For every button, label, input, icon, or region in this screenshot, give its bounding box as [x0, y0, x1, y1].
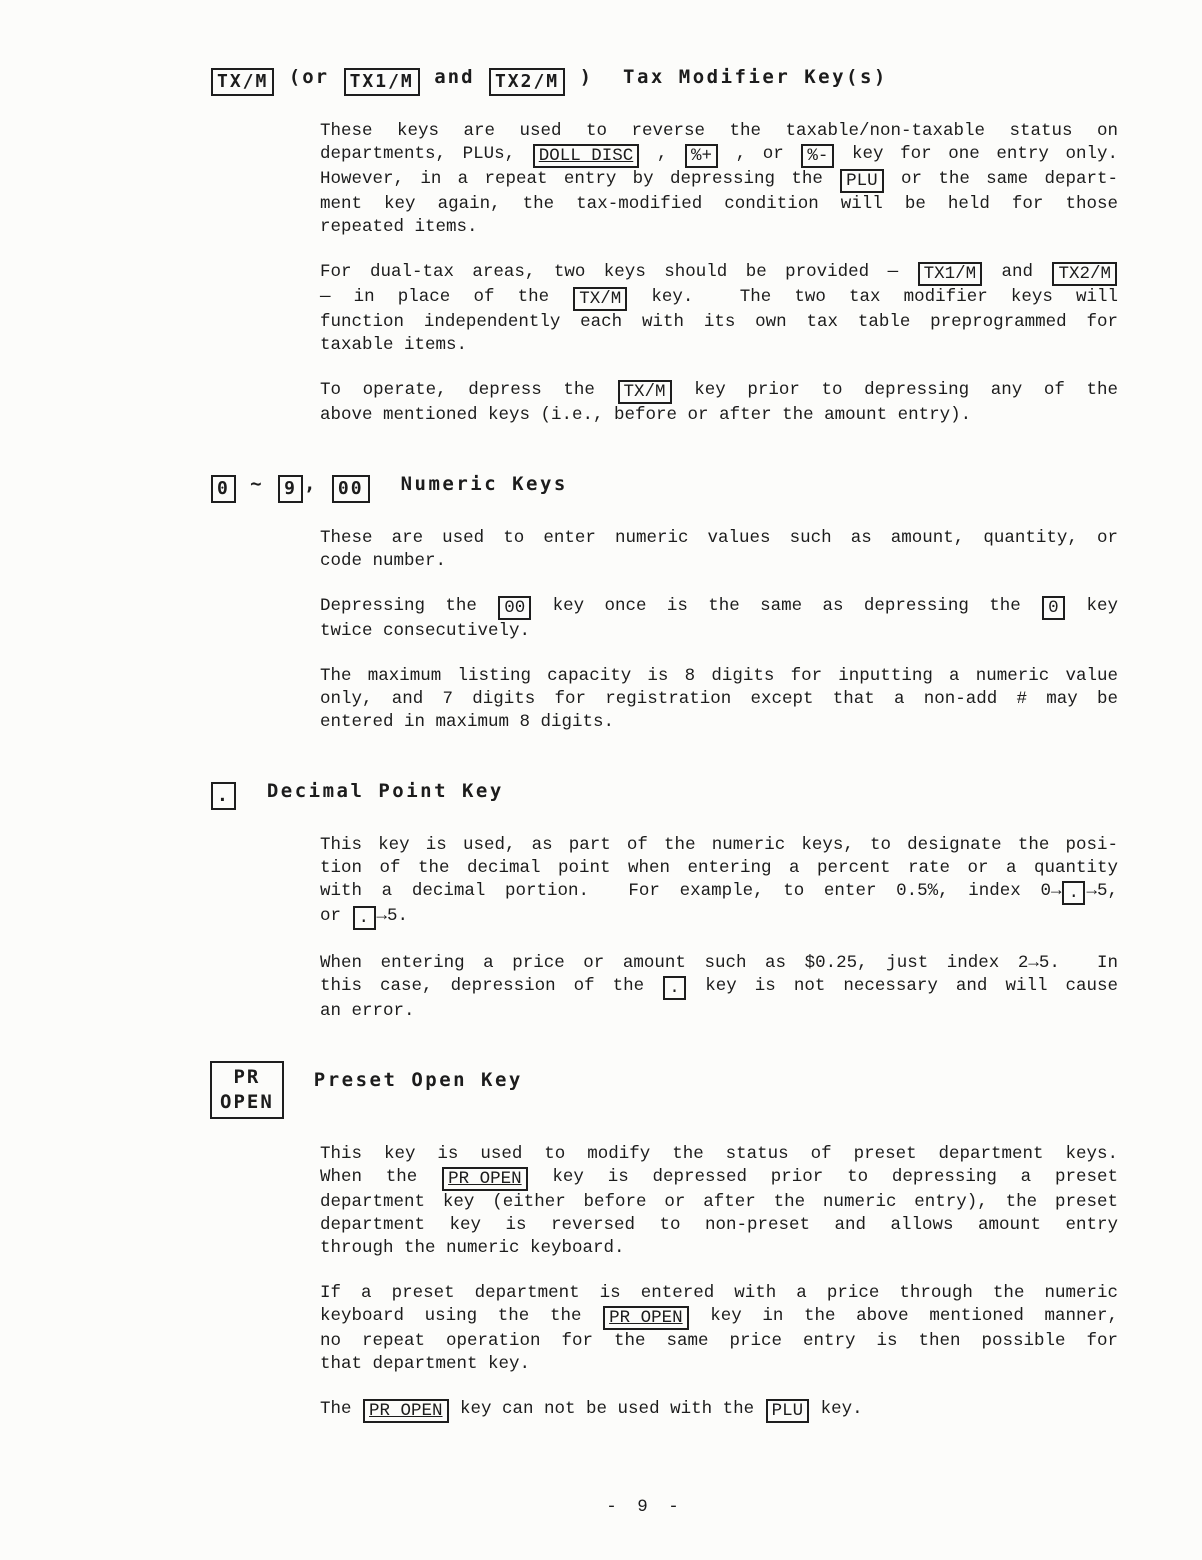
line-text: , or [719, 144, 800, 164]
text-line: This key is used, as part of the numeric… [320, 834, 1118, 857]
key-cap: PR OPEN [442, 1167, 528, 1191]
text-line: When the PR OPEN key is depressed prior … [320, 1166, 1118, 1191]
key-cap: TX/M [573, 287, 627, 311]
line-text: However, in a repeat entry by depressing… [320, 169, 839, 189]
key-cap: TX/M [618, 380, 672, 404]
line-text: tion of the decimal point when entering … [320, 858, 1118, 878]
key-cap: PROPEN [210, 1061, 284, 1119]
line-text: twice consecutively. [320, 621, 530, 641]
section-title: Preset Open Key [314, 1069, 523, 1091]
section-heading: PROPENPreset Open Key [210, 1065, 1202, 1119]
text-line: These keys are used to reverse the taxab… [320, 120, 1118, 143]
key-cap: DOLL DISC [533, 144, 640, 168]
key-cap: 00 [498, 596, 531, 620]
text-line: To operate, depress the TX/M key prior t… [320, 379, 1118, 404]
section-heading: 0 ∼ 9, 00Numeric Keys [210, 469, 1202, 503]
text-line: or .→5. [320, 905, 1118, 930]
paragraph: This key is used, as part of the numeric… [320, 834, 1118, 930]
line-text: To operate, depress the [320, 380, 617, 400]
text-line: with a decimal portion. For example, to … [320, 880, 1118, 905]
text-line: function independently each with its own… [320, 311, 1118, 334]
heading-text: (or [275, 66, 342, 88]
line-text: key prior to depressing any of the [673, 380, 1118, 400]
key-cap: PR OPEN [603, 1306, 689, 1330]
paragraph: The PR OPEN key can not be used with the… [320, 1398, 1118, 1423]
key-cap: 0 [211, 475, 236, 503]
line-text: key is not necessary and will cause [687, 976, 1118, 996]
text-line: However, in a repeat entry by depressing… [320, 168, 1118, 193]
text-line: entered in maximum 8 digits. [320, 711, 1118, 734]
manual-section: 0 ∼ 9, 00Numeric KeysThese are used to e… [210, 469, 1202, 734]
text-line: The PR OPEN key can not be used with the… [320, 1398, 1118, 1423]
paragraph: These keys are used to reverse the taxab… [320, 120, 1118, 239]
line-text: When the [320, 1167, 441, 1187]
line-text: repeated items. [320, 217, 478, 237]
key-cap: 9 [278, 475, 303, 503]
line-text: — in place of the [320, 287, 572, 307]
line-text: key. [810, 1399, 863, 1419]
line-text: only, and 7 digits for registration exce… [320, 689, 1118, 709]
heading-text: , [304, 473, 331, 495]
key-cap: PLU [840, 169, 884, 193]
line-text: an error. [320, 1001, 415, 1021]
key-cap: . [211, 782, 236, 810]
text-line: For dual-tax areas, two keys should be p… [320, 261, 1118, 286]
line-text: key for one entry only. [835, 144, 1118, 164]
section-title: Numeric Keys [401, 473, 568, 495]
line-text: key in the above mentioned manner, [690, 1306, 1118, 1326]
heading-text: and [421, 66, 488, 88]
key-cap: . [1062, 881, 1085, 905]
line-text: key. The two tax modifier keys will [628, 287, 1118, 307]
key-cap: %- [801, 144, 834, 168]
section-heading: .Decimal Point Key [210, 776, 1202, 810]
line-text: These are used to enter numeric values s… [320, 528, 1118, 548]
line-text: →5, [1086, 881, 1118, 901]
key-cap: TX2/M [489, 68, 565, 96]
line-text: departments, PLUs, [320, 144, 532, 164]
paragraph: For dual-tax areas, two keys should be p… [320, 261, 1118, 357]
line-text: The maximum listing capacity is 8 digits… [320, 666, 1118, 686]
key-cap-line: OPEN [220, 1090, 274, 1115]
text-line: above mentioned keys (i.e., before or af… [320, 404, 1118, 427]
key-cap: TX2/M [1052, 262, 1117, 286]
text-line: department key (either before or after t… [320, 1191, 1118, 1214]
section-title: Tax Modifier Key(s) [623, 66, 888, 88]
line-text: and [983, 262, 1051, 282]
text-line: taxable items. [320, 334, 1118, 357]
key-cap: . [353, 906, 376, 930]
key-cap: TX/M [211, 68, 274, 96]
text-line: ment key again, the tax-modified conditi… [320, 193, 1118, 216]
line-text: key can not be used with the [450, 1399, 765, 1419]
line-text: This key is used, as part of the numeric… [320, 835, 1118, 855]
text-line: twice consecutively. [320, 620, 1118, 643]
line-text: through the numeric keyboard. [320, 1238, 625, 1258]
line-text: If a preset department is entered with a… [320, 1283, 1118, 1303]
line-text: For dual-tax areas, two keys should be p… [320, 262, 917, 282]
text-line: repeated items. [320, 216, 1118, 239]
line-text: with a decimal portion. For example, to … [320, 881, 1061, 901]
line-text: Depressing the [320, 596, 497, 616]
key-cap-line: PR [220, 1065, 274, 1090]
text-line: — in place of the TX/M key. The two tax … [320, 286, 1118, 311]
line-text: department key (either before or after t… [320, 1192, 1118, 1212]
key-cap: PLU [766, 1399, 810, 1423]
document-page: TX/M (or TX1/M and TX2/M )Tax Modifier K… [0, 0, 1202, 1560]
line-text: code number. [320, 551, 446, 571]
heading-text: ) [566, 66, 593, 88]
key-cap: PR OPEN [363, 1399, 449, 1423]
text-line: departments, PLUs, DOLL DISC , %+ , or %… [320, 143, 1118, 168]
line-text: When entering a price or amount such as … [320, 953, 1118, 973]
line-text: keyboard using the the [320, 1306, 602, 1326]
key-cap: TX1/M [344, 68, 420, 96]
page-content: TX/M (or TX1/M and TX2/M )Tax Modifier K… [210, 62, 1202, 1423]
line-text: →5. [377, 906, 409, 926]
line-text: key [1066, 596, 1118, 616]
line-text: this case, depression of the [320, 976, 662, 996]
text-line: Depressing the 00 key once is the same a… [320, 595, 1118, 620]
line-text: These keys are used to reverse the taxab… [320, 121, 1118, 141]
paragraph: Depressing the 00 key once is the same a… [320, 595, 1118, 643]
text-line: This key is used to modify the status of… [320, 1143, 1118, 1166]
text-line: tion of the decimal point when entering … [320, 857, 1118, 880]
manual-section: .Decimal Point KeyThis key is used, as p… [210, 776, 1202, 1023]
text-line: If a preset department is entered with a… [320, 1282, 1118, 1305]
paragraph: If a preset department is entered with a… [320, 1282, 1118, 1376]
paragraph: The maximum listing capacity is 8 digits… [320, 665, 1118, 734]
key-cap: TX1/M [918, 262, 983, 286]
line-text: taxable items. [320, 335, 467, 355]
text-line: only, and 7 digits for registration exce… [320, 688, 1118, 711]
line-text: key is depressed prior to depressing a p… [529, 1167, 1118, 1187]
text-line: an error. [320, 1000, 1118, 1023]
page-number: - 9 - [320, 1496, 970, 1519]
line-text: or the same depart- [885, 169, 1118, 189]
line-text: ment key again, the tax-modified conditi… [320, 194, 1118, 214]
key-cap: %+ [685, 144, 718, 168]
paragraph: This key is used to modify the status of… [320, 1143, 1118, 1260]
text-line: keyboard using the the PR OPEN key in th… [320, 1305, 1118, 1330]
line-text: that department key. [320, 1354, 530, 1374]
text-line: When entering a price or amount such as … [320, 952, 1118, 975]
line-text: department key is reversed to non-preset… [320, 1215, 1118, 1235]
manual-section: PROPENPreset Open KeyThis key is used to… [210, 1065, 1202, 1423]
key-cap: 0 [1042, 596, 1065, 620]
line-text: or [320, 906, 352, 926]
line-text: This key is used to modify the status of… [320, 1144, 1118, 1164]
line-text: entered in maximum 8 digits. [320, 712, 614, 732]
line-text: no repeat operation for the same price e… [320, 1331, 1118, 1351]
text-line: this case, depression of the . key is no… [320, 975, 1118, 1000]
section-title: Decimal Point Key [267, 780, 504, 802]
paragraph: These are used to enter numeric values s… [320, 527, 1118, 573]
line-text: above mentioned keys (i.e., before or af… [320, 405, 971, 425]
line-text: key once is the same as depressing the [532, 596, 1041, 616]
line-text: , [640, 144, 684, 164]
text-line: The maximum listing capacity is 8 digits… [320, 665, 1118, 688]
paragraph: To operate, depress the TX/M key prior t… [320, 379, 1118, 427]
heading-text: ∼ [237, 473, 277, 495]
text-line: department key is reversed to non-preset… [320, 1214, 1118, 1237]
line-text: function independently each with its own… [320, 312, 1118, 332]
key-cap: 00 [332, 475, 370, 503]
paragraph: When entering a price or amount such as … [320, 952, 1118, 1023]
text-line: code number. [320, 550, 1118, 573]
text-line: no repeat operation for the same price e… [320, 1330, 1118, 1353]
key-cap: . [663, 976, 686, 1000]
manual-section: TX/M (or TX1/M and TX2/M )Tax Modifier K… [210, 62, 1202, 427]
text-line: These are used to enter numeric values s… [320, 527, 1118, 550]
line-text: The [320, 1399, 362, 1419]
section-heading: TX/M (or TX1/M and TX2/M )Tax Modifier K… [210, 62, 1202, 96]
text-line: through the numeric keyboard. [320, 1237, 1118, 1260]
text-line: that department key. [320, 1353, 1118, 1376]
